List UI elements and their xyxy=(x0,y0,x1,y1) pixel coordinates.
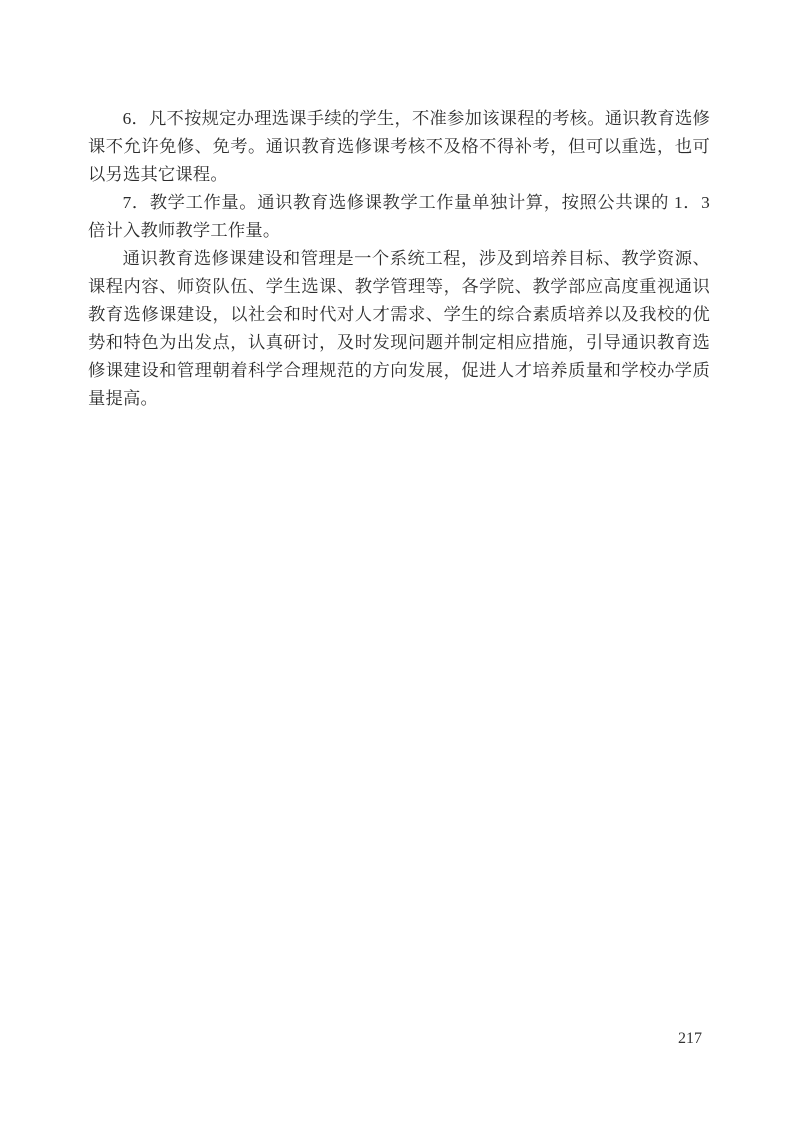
paragraph-summary: 通识教育选修课建设和管理是一个系统工程，涉及到培养目标、教学资源、课程内容、师资… xyxy=(88,245,710,413)
paragraph-item-6: 6．凡不按规定办理选课手续的学生，不准参加该课程的考核。通识教育选修课不允许免修… xyxy=(88,105,710,189)
document-body: 6．凡不按规定办理选课手续的学生，不准参加该课程的考核。通识教育选修课不允许免修… xyxy=(88,105,710,413)
page-number: 217 xyxy=(678,1029,702,1049)
document-page: 6．凡不按规定办理选课手续的学生，不准参加该课程的考核。通识教育选修课不允许免修… xyxy=(0,0,795,1124)
paragraph-item-7: 7．教学工作量。通识教育选修课教学工作量单独计算，按照公共课的 1．3 倍计入教… xyxy=(88,189,710,245)
